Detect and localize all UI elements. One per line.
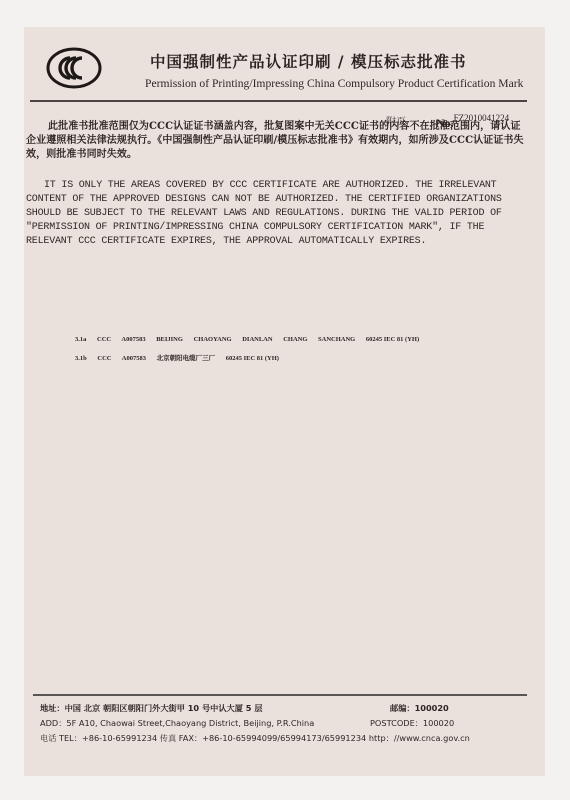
- header-divider: [30, 100, 527, 102]
- title-chinese: 中国强制性产品认证印刷 / 模压标志批准书: [150, 50, 466, 72]
- address-english: ADD：5F A10, Chaowai Street,Chaoyang Dist…: [40, 718, 314, 728]
- notice-english: IT IS ONLY THE AREAS COVERED BY CCC CERT…: [26, 179, 526, 249]
- item-part: CHANG: [283, 336, 307, 343]
- item-part: CHAOYANG: [194, 336, 232, 343]
- item-code: A007583: [121, 336, 145, 343]
- postcode-chinese: 邮编：100020: [390, 701, 449, 716]
- footer-contact: 地址：中国 北京 朝阳区朝阳门外大街甲 10 号中认大厦 5 层 邮编：1000…: [40, 701, 530, 746]
- item-mark: CCC: [97, 355, 111, 362]
- postcode-english: POSTCODE：100020: [370, 716, 454, 731]
- item-id: 3.1a: [75, 336, 86, 343]
- list-item: 3.1b CCC A007583 北京朝阳电缆厂三厂 60245 IEC 81 …: [75, 353, 428, 370]
- item-id: 3.1b: [75, 355, 87, 362]
- title-english: Permission of Printing/Impressing China …: [145, 77, 523, 90]
- item-mark: CCC: [97, 336, 111, 343]
- item-part: DIANLAN: [242, 336, 272, 343]
- contact-info: 电话 TEL：+86-10-65991234 传真 FAX：+86-10-659…: [40, 733, 470, 743]
- item-code: A007583: [122, 355, 146, 362]
- item-standard: 60245 IEC 81 (YH): [226, 355, 279, 362]
- approved-items-list: 3.1a CCC A007583 BEIJING CHAOYANG DIANLA…: [75, 336, 428, 370]
- notice-chinese: 此批准书批准范围仅为CCC认证证书涵盖内容，批复图案中无关CCC证书的内容不在批…: [26, 120, 526, 162]
- item-part: SANCHANG: [318, 336, 355, 343]
- ccc-mark-icon: [46, 47, 102, 89]
- address-chinese: 地址：中国 北京 朝阳区朝阳门外大街甲 10 号中认大厦 5 层: [40, 703, 263, 713]
- item-part: BEIJING: [156, 336, 183, 343]
- item-standard: 60245 IEC 81 (YH): [366, 336, 419, 343]
- footer-divider: [33, 694, 527, 696]
- item-part: 北京朝阳电缆厂三厂: [157, 355, 216, 362]
- list-item: 3.1a CCC A007583 BEIJING CHAOYANG DIANLA…: [75, 336, 428, 353]
